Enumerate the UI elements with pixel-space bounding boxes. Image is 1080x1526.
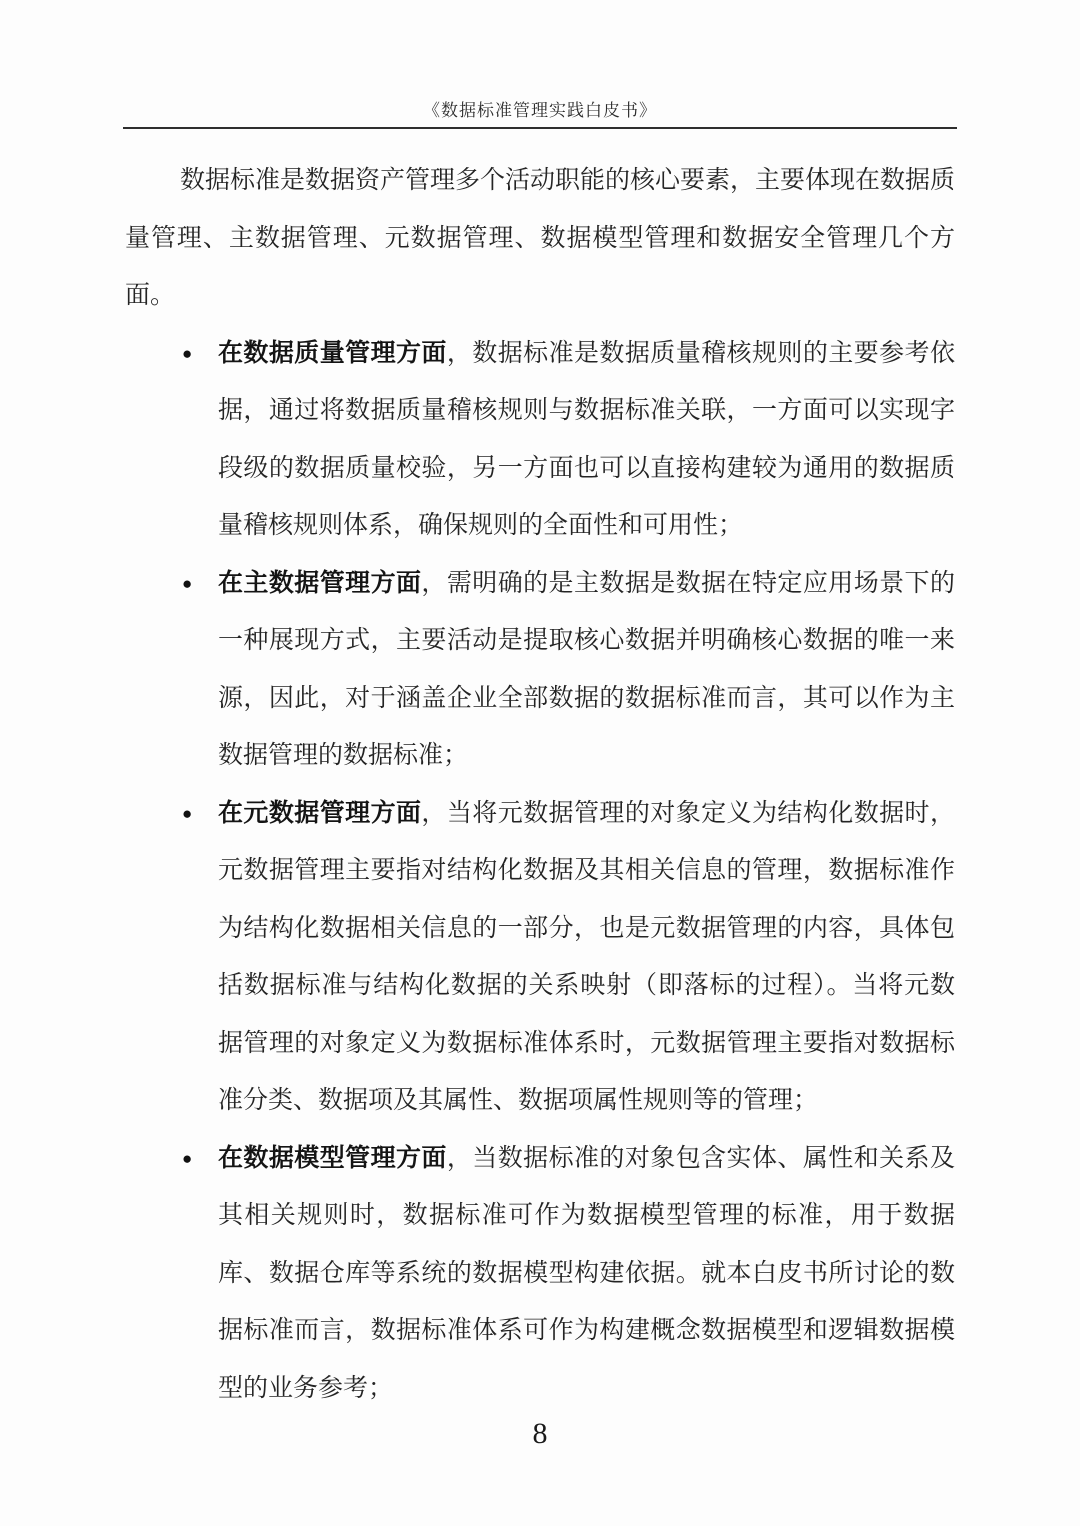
bullet-body: ，需明确的是主数据是数据在特定应用场景下的一种展现方式，主要活动是提取核心数据并… — [218, 570, 955, 770]
bullet-dot-icon: ● — [182, 325, 192, 383]
page-body: 数据标准是数据资产管理多个活动职能的核心要素，主要体现在数据质量管理、主数据管理… — [125, 152, 955, 1417]
bullet-lead: 在数据模型管理方面 — [218, 1145, 447, 1172]
bullet-dot-icon: ● — [182, 1130, 192, 1188]
bullet-item-data-model: ● 在数据模型管理方面，当数据标准的对象包含实体、属性和关系及其相关规则时，数据… — [125, 1130, 955, 1418]
bullet-body: ，当数据标准的对象包含实体、属性和关系及其相关规则时，数据标准可作为数据模型管理… — [218, 1145, 955, 1402]
document-page: 《数据标准管理实践白皮书》 数据标准是数据资产管理多个活动职能的核心要素，主要体… — [0, 0, 1080, 1526]
bullet-body: ，数据标准是数据质量稽核规则的主要参考依据，通过将数据质量稽核规则与数据标准关联… — [218, 340, 955, 540]
bullet-paragraph: 在元数据管理方面，当将元数据管理的对象定义为结构化数据时，元数据管理主要指对结构… — [218, 785, 955, 1130]
bullet-dot-icon: ● — [182, 785, 192, 843]
bullet-lead: 在主数据管理方面 — [218, 570, 421, 597]
bullet-body: ，当将元数据管理的对象定义为结构化数据时，元数据管理主要指对结构化数据及其相关信… — [218, 800, 955, 1115]
page-header-title: 《数据标准管理实践白皮书》 — [123, 99, 957, 122]
page-number: 8 — [0, 1414, 1080, 1454]
header-divider — [123, 127, 957, 129]
bullet-item-metadata: ● 在元数据管理方面，当将元数据管理的对象定义为结构化数据时，元数据管理主要指对… — [125, 785, 955, 1130]
bullet-paragraph: 在主数据管理方面，需明确的是主数据是数据在特定应用场景下的一种展现方式，主要活动… — [218, 555, 955, 785]
bullet-item-data-quality: ● 在数据质量管理方面，数据标准是数据质量稽核规则的主要参考依据，通过将数据质量… — [125, 325, 955, 555]
bullet-lead: 在元数据管理方面 — [218, 800, 421, 827]
page-header: 《数据标准管理实践白皮书》 — [123, 0, 957, 129]
bullet-paragraph: 在数据模型管理方面，当数据标准的对象包含实体、属性和关系及其相关规则时，数据标准… — [218, 1130, 955, 1418]
intro-paragraph: 数据标准是数据资产管理多个活动职能的核心要素，主要体现在数据质量管理、主数据管理… — [125, 152, 955, 325]
bullet-lead: 在数据质量管理方面 — [218, 340, 447, 367]
bullet-item-master-data: ● 在主数据管理方面，需明确的是主数据是数据在特定应用场景下的一种展现方式，主要… — [125, 555, 955, 785]
bullet-dot-icon: ● — [182, 555, 192, 613]
bullet-paragraph: 在数据质量管理方面，数据标准是数据质量稽核规则的主要参考依据，通过将数据质量稽核… — [218, 325, 955, 555]
